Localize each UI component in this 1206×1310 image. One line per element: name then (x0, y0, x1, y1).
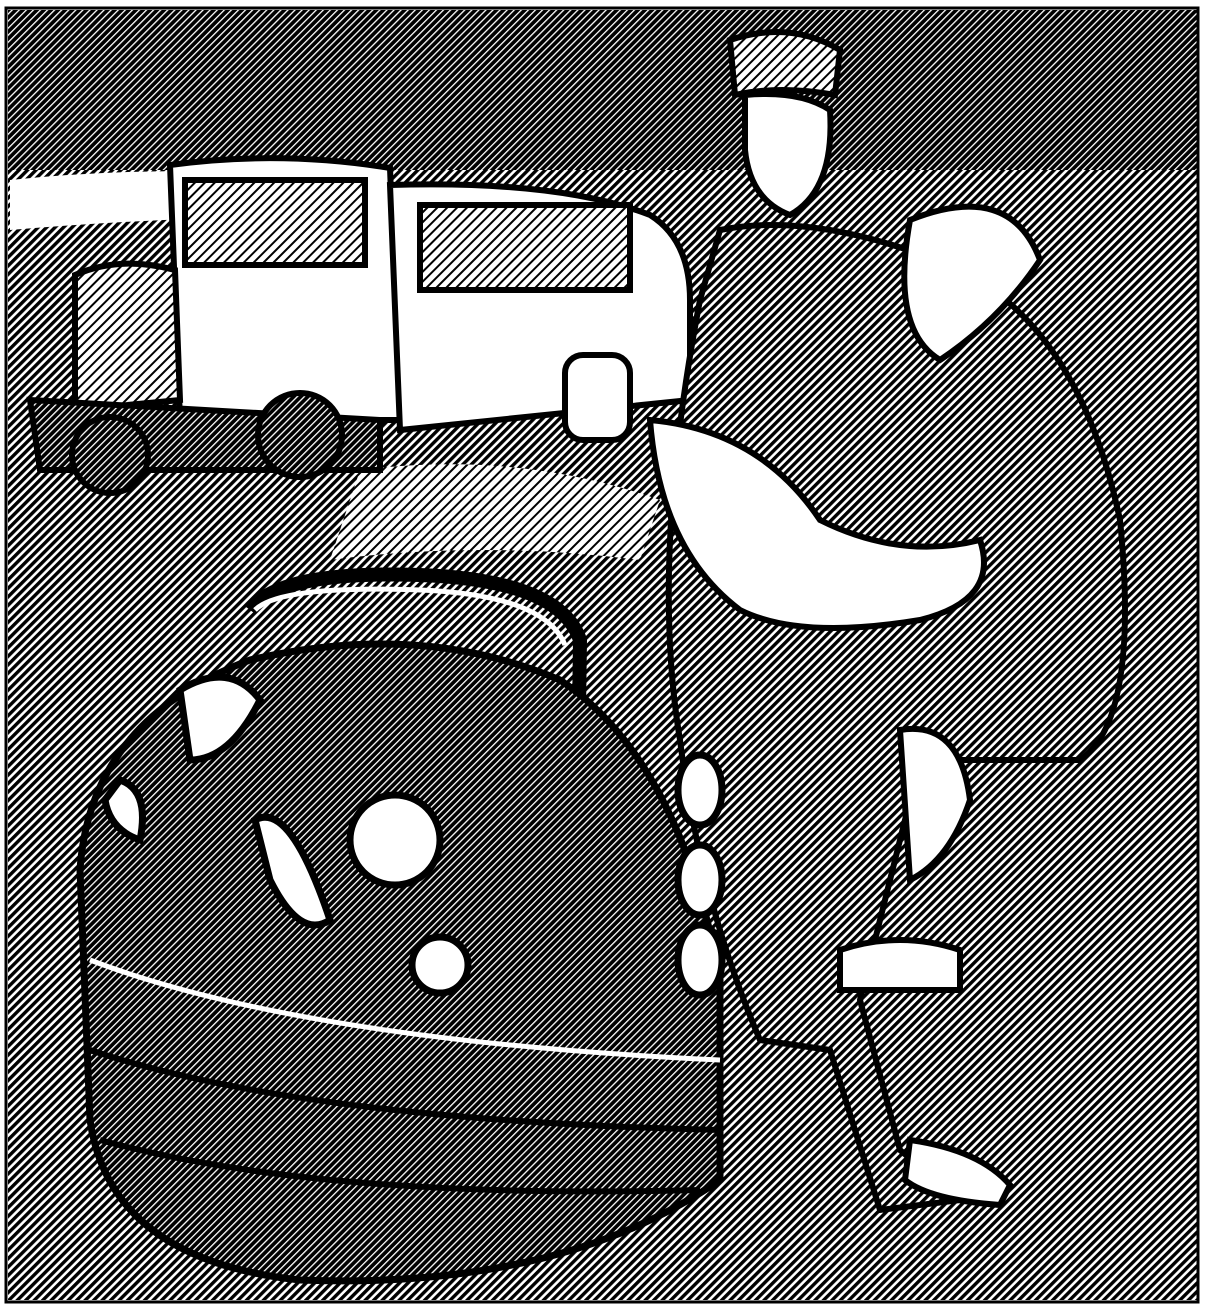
illustration-canvas (0, 0, 1206, 1310)
illustration (0, 0, 1206, 1310)
